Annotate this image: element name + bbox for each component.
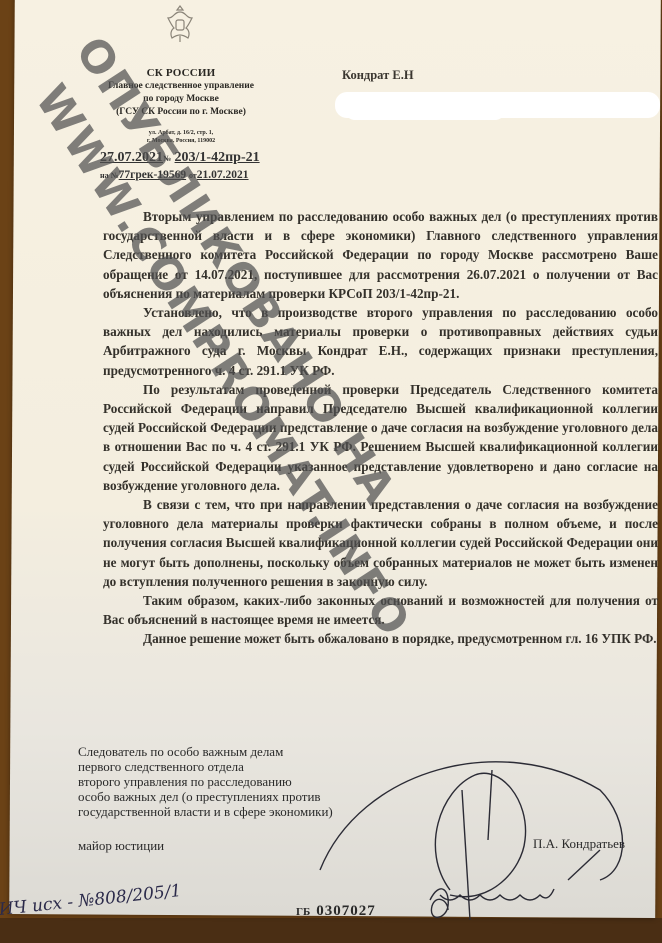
paragraph: Установлено, что в производстве второго … — [103, 303, 658, 380]
number-label: № — [163, 154, 171, 163]
signer-position: Следователь по особо важным делам первог… — [78, 744, 333, 819]
letterhead: СК РОССИИ Главное следственное управлени… — [92, 67, 270, 145]
org-short-name: СК РОССИИ — [92, 67, 270, 80]
signer-name: П.А. Кондратьев — [533, 836, 625, 852]
serial-prefix: ГБ — [296, 906, 310, 918]
org-address-line1: ул. Арбат, д. 16/2, стр. 1, — [92, 129, 270, 137]
signer-rank: майор юстиции — [78, 838, 164, 854]
position-line: Следователь по особо важным делам — [78, 744, 333, 759]
reference-from-label: от — [189, 171, 197, 180]
reference-label: на № — [100, 171, 119, 180]
org-full-name: Главное следственное управление — [92, 80, 270, 93]
org-address-line2: г. Москва, Россия, 119002 — [92, 137, 270, 145]
paragraph: Таким образом, каких-либо законных основ… — [103, 591, 658, 629]
position-line: первого следственного отдела — [78, 759, 333, 774]
serial-number: 0307027 — [316, 903, 376, 919]
org-abbrev: (ГСУ СК России по г. Москве) — [92, 106, 270, 119]
paragraph: Данное решение может быть обжаловано в п… — [103, 629, 658, 648]
background-surface — [0, 918, 662, 943]
position-line: особо важных дел (о преступлениях против — [78, 789, 333, 804]
paragraph: В связи с тем, что при направлении предс… — [103, 495, 658, 591]
reference-number: 77грек-19569 — [119, 169, 186, 181]
coat-of-arms-icon — [160, 2, 200, 46]
redaction-box — [345, 100, 505, 120]
outgoing-number: 203/1-42пр-21 — [175, 150, 260, 165]
letter-body: Вторым управлением по расследованию особ… — [103, 207, 658, 649]
registration-block: 27.07.2021№ 203/1-42пр-21 на №77грек-195… — [100, 150, 260, 184]
position-line: государственной власти и в сфере экономи… — [78, 804, 333, 819]
org-city: по городу Москве — [92, 93, 270, 106]
form-serial-number: ГБ0307027 — [296, 903, 376, 920]
reference-date: 21.07.2021 — [197, 169, 249, 181]
position-line: второго управления по расследованию — [78, 774, 333, 789]
outgoing-date: 27.07.2021 — [100, 150, 163, 165]
addressee-name: Кондрат Е.Н — [342, 68, 414, 83]
paragraph: Вторым управлением по расследованию особ… — [103, 207, 658, 303]
paragraph: По результатам проведенной проверки Пред… — [103, 380, 658, 495]
